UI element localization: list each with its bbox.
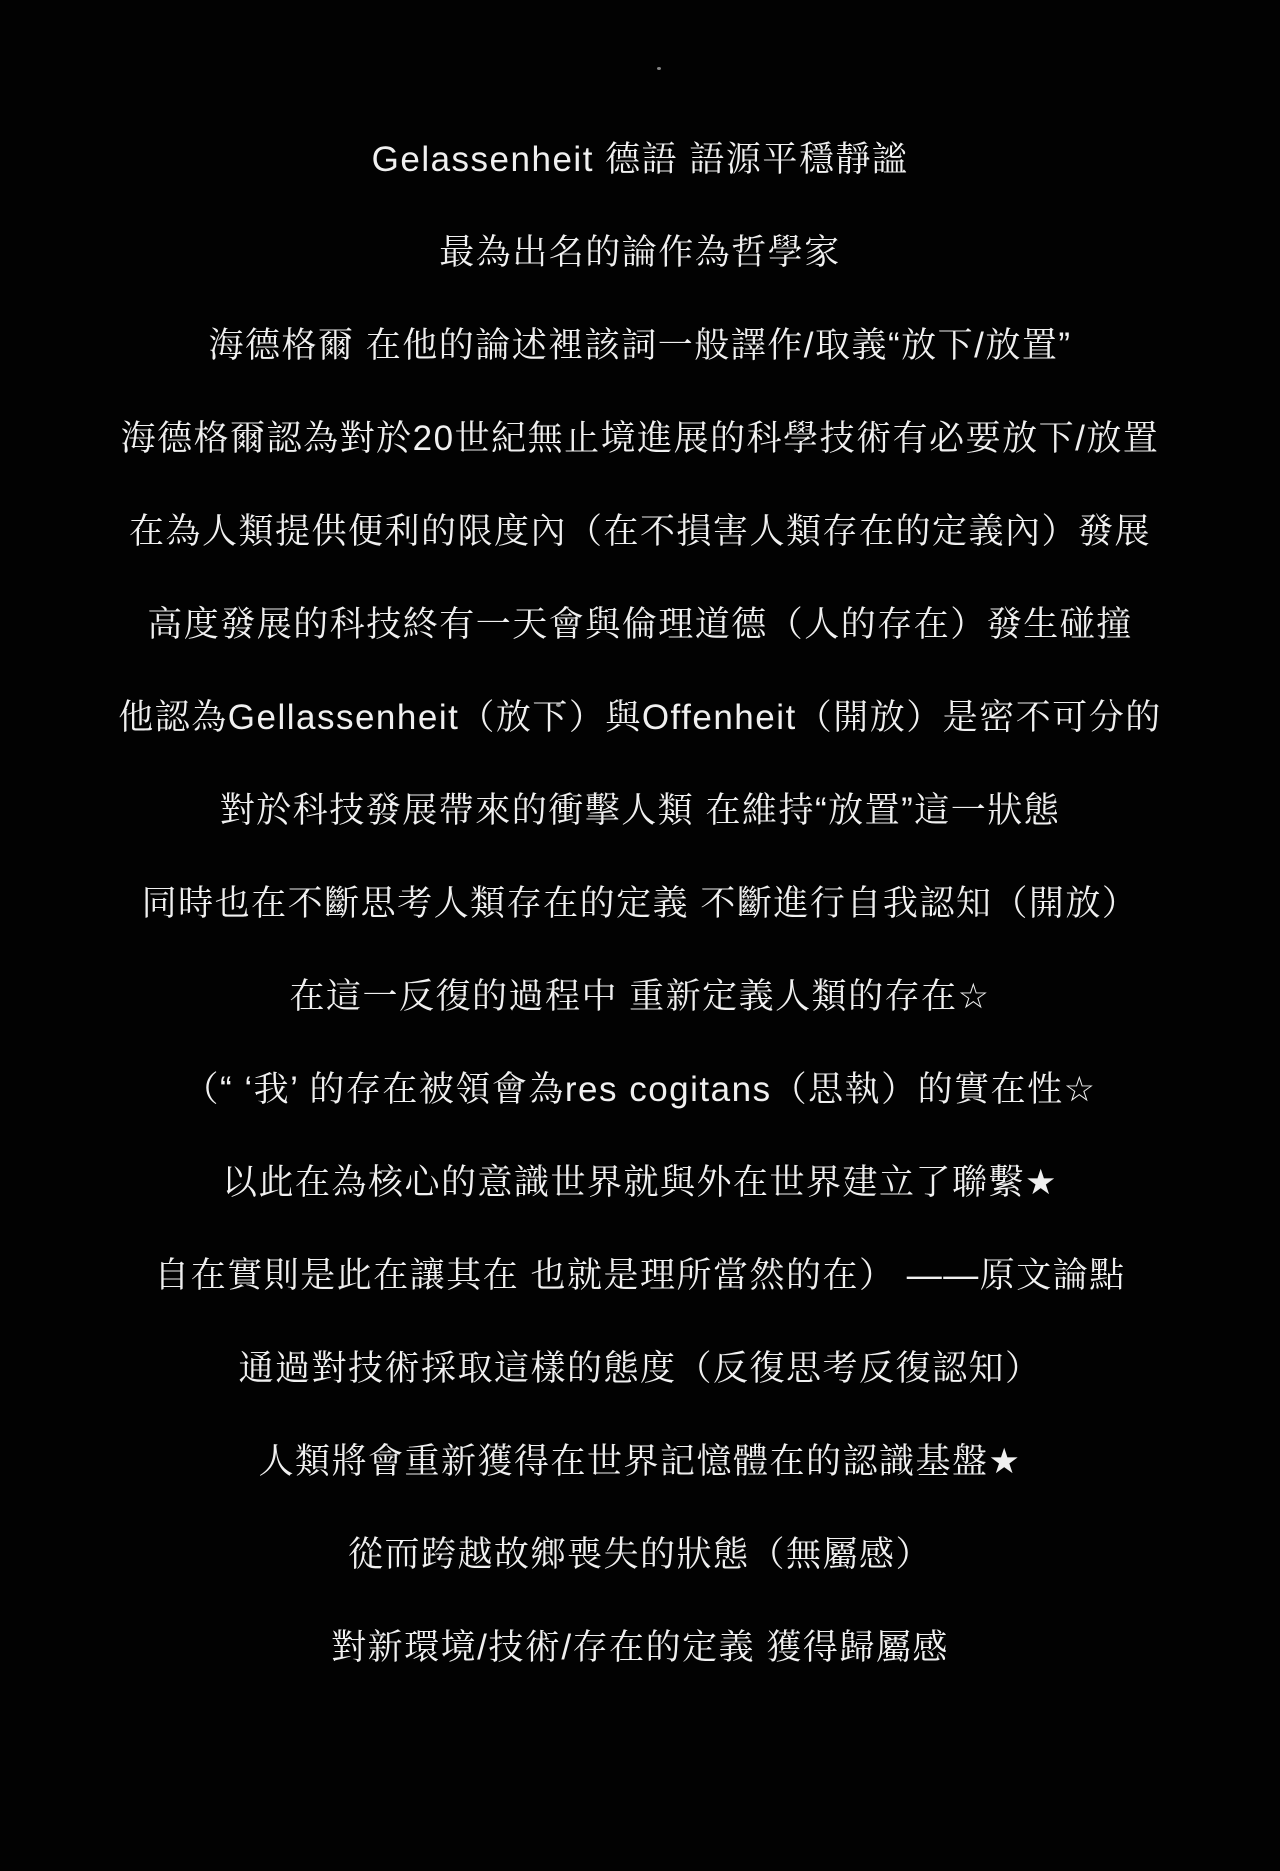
text-line: 通過對技術採取這樣的態度（反復思考反復認知） <box>0 1319 1280 1412</box>
scan-speck <box>657 67 661 70</box>
text-line: 以此在為核心的意識世界就與外在世界建立了聯繫★ <box>0 1133 1280 1226</box>
text-line: 從而跨越故鄉喪失的狀態（無屬感） <box>0 1505 1280 1598</box>
scanned-text-page: Gelassenheit 德語 語源平穩靜謐 最為出名的論作為哲學家 海德格爾 … <box>0 0 1280 1871</box>
text-line: 高度發展的科技終有一天會與倫理道德（人的存在）發生碰撞 <box>0 575 1280 668</box>
text-line: 人類將會重新獲得在世界記憶體在的認識基盤★ <box>0 1412 1280 1505</box>
text-line: （“ ‘我’ 的存在被領會為res cogitans（思執）的實在性☆ <box>0 1040 1280 1133</box>
text-line: 他認為Gellassenheit（放下）與Offenheit（開放）是密不可分的 <box>0 668 1280 761</box>
text-line: 對於科技發展帶來的衝擊人類 在維持“放置”這一狀態 <box>0 761 1280 854</box>
text-line: 海德格爾 在他的論述裡該詞一般譯作/取義“放下/放置” <box>0 296 1280 389</box>
text-line: 在為人類提供便利的限度內（在不損害人類存在的定義內）發展 <box>0 482 1280 575</box>
text-line: Gelassenheit 德語 語源平穩靜謐 <box>0 110 1280 203</box>
text-line: 自在實則是此在讓其在 也就是理所當然的在） ——原文論點 <box>0 1226 1280 1319</box>
text-line: 同時也在不斷思考人類存在的定義 不斷進行自我認知（開放） <box>0 854 1280 947</box>
text-line: 對新環境/技術/存在的定義 獲得歸屬感 <box>0 1598 1280 1691</box>
text-line: 在這一反復的過程中 重新定義人類的存在☆ <box>0 947 1280 1040</box>
text-line: 最為出名的論作為哲學家 <box>0 203 1280 296</box>
text-line: 海德格爾認為對於20世紀無止境進展的科學技術有必要放下/放置 <box>0 389 1280 482</box>
text-block: Gelassenheit 德語 語源平穩靜謐 最為出名的論作為哲學家 海德格爾 … <box>0 110 1280 1691</box>
